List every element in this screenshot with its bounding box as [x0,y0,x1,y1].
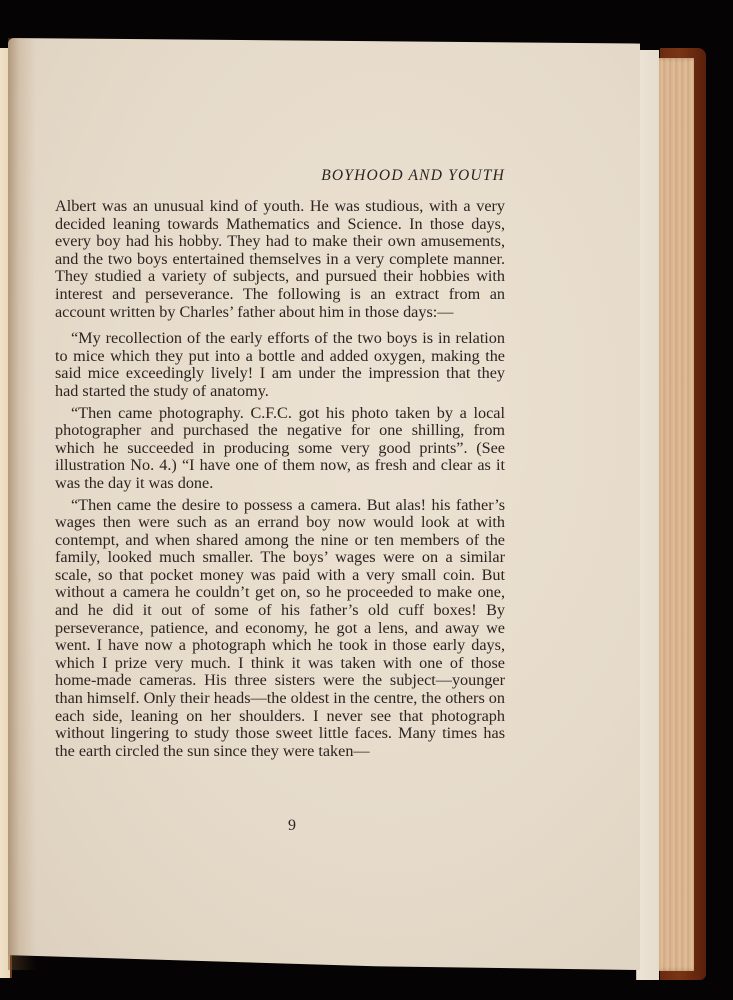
paragraph-camera: “Then came the desire to possess a camer… [55,497,505,761]
page-number: 9 [288,817,296,835]
running-head: BOYHOOD AND YOUTH [8,167,505,185]
paragraph-intro: Albert was an unusual kind of youth. He … [55,198,505,321]
gutter-shadow [8,38,36,970]
page-fore-edge [654,58,694,971]
book-page: BOYHOOD AND YOUTH Albert was an unusual … [8,38,640,970]
paragraph-mice: “My recollection of the early efforts of… [55,330,505,400]
body-text: Albert was an unusual kind of youth. He … [55,198,505,760]
paragraph-photography: “Then came photography. C.F.C. got his p… [55,405,505,493]
photo-scene: BOYHOOD AND YOUTH Albert was an unusual … [0,0,733,1000]
